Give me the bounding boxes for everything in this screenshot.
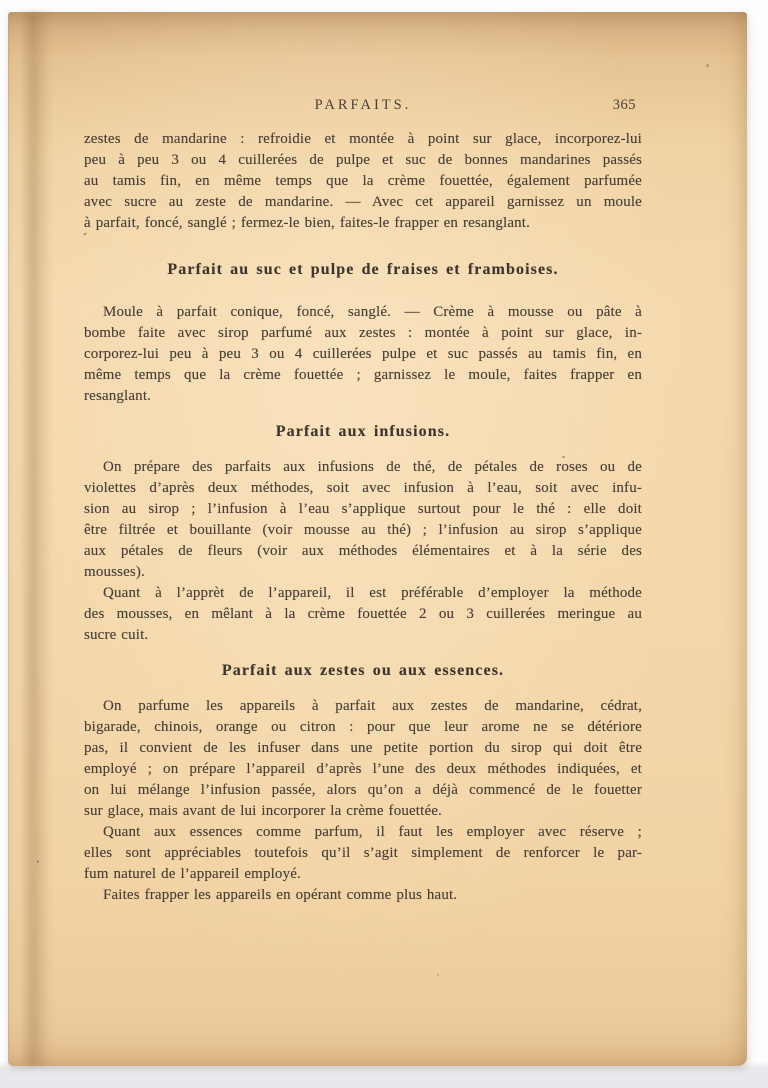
paragraph: On prépare des parfaits aux infusions de… xyxy=(84,457,642,583)
text-line: peu à peu 3 ou 4 cuillerées de pulpe et … xyxy=(84,150,642,171)
text-line: Quant à l’apprèt de l’appareil, il est p… xyxy=(84,583,642,604)
text-line: à parfait, foncé, sanglé ; fermez-le bie… xyxy=(84,213,642,234)
text-line: aux pétales de fleurs (voir aux méthodes… xyxy=(84,541,642,562)
paper-speck xyxy=(706,64,709,67)
paragraph: zestes de mandarine : refroidie et monté… xyxy=(84,129,642,234)
paragraph: Faites frapper les appareils en opérant … xyxy=(84,885,642,906)
text-line: être filtrée et bouillante (voir mousse … xyxy=(84,520,642,541)
paragraph: Quant à l’apprèt de l’appareil, il est p… xyxy=(84,583,642,646)
page-number: 365 xyxy=(613,96,636,114)
page-header-title: PARFAITS. xyxy=(84,96,642,114)
section-heading: Parfait aux infusions. xyxy=(84,421,642,443)
text-line: sur glace, mais avant de lui incorporer … xyxy=(84,801,642,822)
running-header: PARFAITS. 365 xyxy=(84,96,642,116)
text-line: Quant aux essences comme parfum, il faut… xyxy=(84,822,642,843)
text-line: fum naturel de l’appareil employé. xyxy=(84,864,642,885)
text-line: bombe faite avec sirop parfumé aux zeste… xyxy=(84,323,642,344)
text-line: mousses). xyxy=(84,562,642,583)
text-line: on lui mélange l’infusion passée, alors … xyxy=(84,780,642,801)
book-page: PARFAITS. 365 zestes de mandarine : refr… xyxy=(8,12,747,1066)
scanned-page-background: PARFAITS. 365 zestes de mandarine : refr… xyxy=(0,0,768,1088)
binding-gutter-shadow xyxy=(20,12,52,1066)
page-text-block: PARFAITS. 365 zestes de mandarine : refr… xyxy=(84,96,642,906)
section-heading: Parfait aux zestes ou aux essences. xyxy=(84,660,642,682)
text-line: resanglant. xyxy=(84,386,642,407)
text-line: des mousses, en mêlant à la crème fouett… xyxy=(84,604,642,625)
text-line: corporez-lui peu à peu 3 ou 4 cuillerées… xyxy=(84,344,642,365)
text-line: bigarade, chinois, orange ou citron : po… xyxy=(84,717,642,738)
text-line: sucre cuit. xyxy=(84,625,642,646)
text-line: au tamis fin, en même temps que la crème… xyxy=(84,171,642,192)
section-heading: Parfait au suc et pulpe de fraises et fr… xyxy=(84,259,642,281)
text-line: sion au sirop ; l’infusion à l’eau s’app… xyxy=(84,499,642,520)
paragraph: Quant aux essences comme parfum, il faut… xyxy=(84,822,642,885)
text-line: même temps que la crème fouettée ; garni… xyxy=(84,365,642,386)
text-line: avec sucre au zeste de mandarine. — Avec… xyxy=(84,192,642,213)
text-line: violettes d’après deux méthodes, soit av… xyxy=(84,478,642,499)
text-line: pas, il convient de les infuser dans une… xyxy=(84,738,642,759)
page-content: zestes de mandarine : refroidie et monté… xyxy=(84,129,642,906)
text-line: employé ; on prépare l’appareil d’après … xyxy=(84,759,642,780)
paragraph: On parfume les appareils à parfait aux z… xyxy=(84,696,642,822)
text-line: zestes de mandarine : refroidie et monté… xyxy=(84,129,642,150)
paper-speck xyxy=(437,974,439,976)
text-line: Moule à parfait conique, foncé, sanglé. … xyxy=(84,302,642,323)
text-line: Faites frapper les appareils en opérant … xyxy=(84,885,642,906)
paragraph: Moule à parfait conique, foncé, sanglé. … xyxy=(84,302,642,407)
paper-speck xyxy=(37,860,39,863)
text-line: On prépare des parfaits aux infusions de… xyxy=(84,457,642,478)
text-line: On parfume les appareils à parfait aux z… xyxy=(84,696,642,717)
text-line: elles sont appréciables toutefois qu’il … xyxy=(84,843,642,864)
